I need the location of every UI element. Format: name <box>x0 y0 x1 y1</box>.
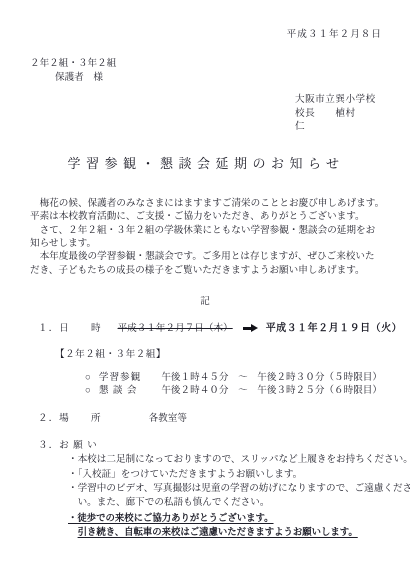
datetime-label: １．日 時 <box>30 322 102 335</box>
recipient-block: ２年２組・３年２組 保護者 様 <box>30 57 382 84</box>
schedule-time: 午後２時４０分 ～ 午後３時２５分（６時限目） <box>161 384 382 397</box>
emphasized-note-line: 引き続き、自転車の来校はご遠慮いただきますようお願いします。 <box>68 525 382 539</box>
section-place: ２．場 所 各教室等 <box>30 412 382 425</box>
bullet-line: ・学習中のビデオ、写真撮影は児童の学習の妨げになりますので、ご遠慮くださ <box>68 482 382 496</box>
schedule-row: ○ 懇 談 会 午後２時４０分 ～ 午後３時２５分（６時限目） <box>85 384 382 397</box>
body-line: 梅花の候、保護者のみなさまにはますますご清栄のこととお慶び申しあげます。 <box>30 197 382 210</box>
old-date-strikethrough: 平成３１年２月７日（木） <box>118 322 233 335</box>
new-date: 平成３１年２月１９日（火） <box>266 322 403 335</box>
bullet-line: い。また、廊下での私語も慎んでください。 <box>68 496 382 510</box>
circle-marker-icon: ○ <box>85 371 99 384</box>
sender-principal-line: 校長 植村 仁 <box>295 107 382 134</box>
document-page: 平成３１年２月８日 ２年２組・３年２組 保護者 様 大阪市立巽小学校 校長 植村… <box>0 0 410 577</box>
body-line: 本年度最後の学習参観・懇談会です。ご多用とは存じますが、ぜひご来校いた <box>30 250 382 263</box>
request-bullets: ・本校は二足制になっておりますので、スリッパなど上履きをお持ちください。 ・「入… <box>30 453 382 539</box>
place-label: ２．場 所 <box>38 412 102 425</box>
record-marker: 記 <box>30 295 382 308</box>
body-line: 知らせします。 <box>30 237 382 250</box>
body-paragraph: 梅花の候、保護者のみなさまにはますますご清栄のこととお慶び申しあげます。 平素は… <box>30 197 382 277</box>
arrow-right-icon <box>243 324 258 333</box>
place-value: 各教室等 <box>149 412 187 425</box>
issue-date: 平成３１年２月８日 <box>30 28 382 41</box>
sender-school-line: 大阪市立巽小学校 <box>295 93 382 106</box>
schedule-list: ○ 学習参観 午後１時４５分 ～ 午後２時３０分（５時限目） ○ 懇 談 会 午… <box>30 371 382 398</box>
bullet-line: ・本校は二足制になっておりますので、スリッパなど上履きをお持ちください。 <box>68 453 382 467</box>
emphasized-note-line: ・徒歩での来校にご協力ありがとうございます。 <box>68 511 382 525</box>
recipient-guardian-line: 保護者 様 <box>30 71 382 84</box>
schedule-name: 懇 談 会 <box>99 384 161 397</box>
document-title: 学習参観・懇談会延期のお知らせ <box>30 157 382 170</box>
schedule-time: 午後１時４５分 ～ 午後２時３０分（５時限目） <box>161 371 382 384</box>
schedule-row: ○ 学習参観 午後１時４５分 ～ 午後２時３０分（５時限目） <box>85 371 382 384</box>
section-datetime: １．日 時 平成３１年２月７日（木） 平成３１年２月１９日（火） <box>30 322 382 335</box>
recipient-class-line: ２年２組・３年２組 <box>30 57 382 70</box>
body-line: さて、２年２組・３年２組の学級休業にともない学習参観・懇談会の延期をお <box>30 224 382 237</box>
class-note: 【２年２組・３年２組】 <box>30 348 382 361</box>
body-line: だき、子どもたちの成長の様子をご覧いただきますようお願い申しあげます。 <box>30 264 382 277</box>
request-label: ３．お 願 い <box>30 439 382 452</box>
schedule-name: 学習参観 <box>99 371 161 384</box>
bullet-line: ・「入校証」をつけていただきますようお願いします。 <box>68 468 382 482</box>
sender-block: 大阪市立巽小学校 校長 植村 仁 <box>295 93 382 133</box>
circle-marker-icon: ○ <box>85 384 99 397</box>
body-line: 平素は本校教育活動に、ご支援・ご協力をいただき、ありがとうございます。 <box>30 210 382 223</box>
